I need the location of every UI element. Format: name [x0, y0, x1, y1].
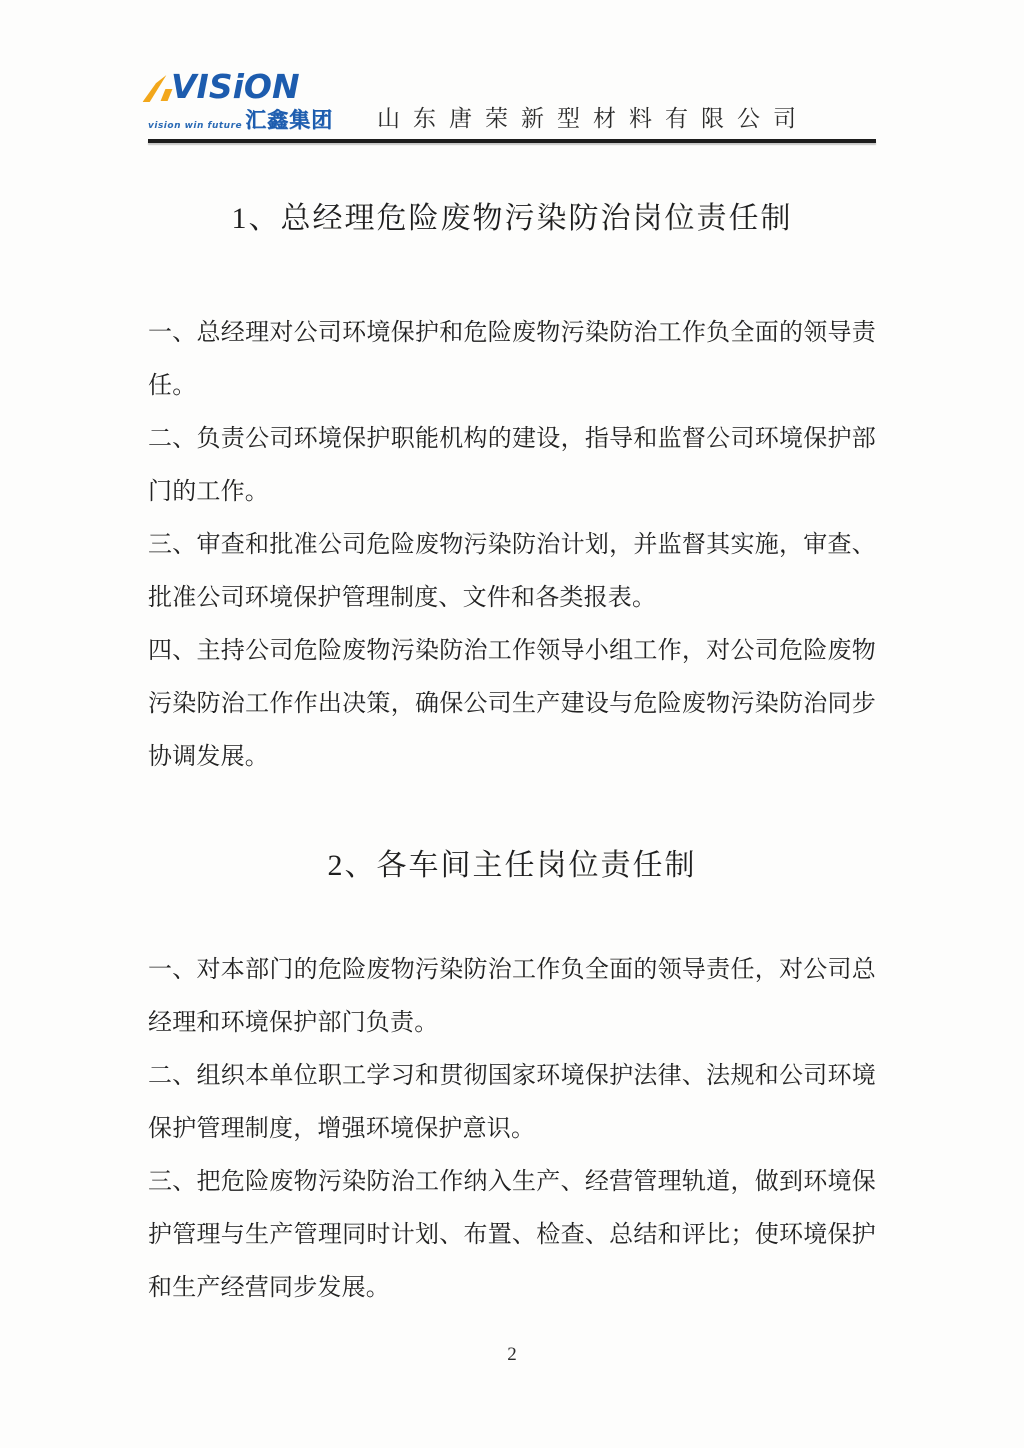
company-name: 山东唐荣新型材料有限公司	[340, 100, 876, 134]
logo-group-name: 汇鑫集团	[245, 104, 333, 134]
page-footer: 2	[0, 1344, 1024, 1366]
paragraph: 二、负责公司环境保护职能机构的建设，指导和监督公司环境保护部门的工作。	[148, 413, 876, 519]
company-logo: VISiON vision win future 汇鑫集团	[148, 72, 340, 134]
logo-brand-text: VISiON	[171, 72, 300, 102]
section-1-body: 一、总经理对公司环境保护和危险废物污染防治工作负全面的领导责任。 二、负责公司环…	[148, 307, 876, 784]
section-1: 1、总经理危险废物污染防治岗位责任制 一、总经理对公司环境保护和危险废物污染防治…	[148, 199, 876, 784]
section-2: 2、各车间主任岗位责任制 一、对本部门的危险废物污染防治工作负全面的领导责任，对…	[148, 846, 876, 1315]
paragraph: 一、对本部门的危险废物污染防治工作负全面的领导责任，对公司总经理和环境保护部门负…	[148, 944, 876, 1050]
page-number: 2	[507, 1344, 517, 1365]
paragraph: 三、审查和批准公司危险废物污染防治计划，并监督其实施，审查、批准公司环境保护管理…	[148, 519, 876, 625]
section-1-title: 1、总经理危险废物污染防治岗位责任制	[148, 199, 876, 239]
header-divider	[148, 139, 876, 143]
paragraph: 一、总经理对公司环境保护和危险废物污染防治工作负全面的领导责任。	[148, 307, 876, 413]
paragraph: 四、主持公司危险废物污染防治工作领导小组工作，对公司危险废物污染防治工作作出决策…	[148, 625, 876, 784]
document-page: VISiON vision win future 汇鑫集团 山东唐荣新型材料有限…	[0, 0, 1024, 1448]
section-2-title: 2、各车间主任岗位责任制	[148, 846, 876, 886]
logo-tagline: vision win future	[148, 121, 242, 134]
paragraph: 二、组织本单位职工学习和贯彻国家环境保护法律、法规和公司环境保护管理制度，增强环…	[148, 1050, 876, 1156]
paragraph: 三、把危险废物污染防治工作纳入生产、经营管理轨道，做到环境保护管理与生产管理同时…	[148, 1156, 876, 1315]
page-header: VISiON vision win future 汇鑫集团 山东唐荣新型材料有限…	[148, 0, 876, 143]
section-2-body: 一、对本部门的危险废物污染防治工作负全面的领导责任，对公司总经理和环境保护部门负…	[148, 944, 876, 1315]
